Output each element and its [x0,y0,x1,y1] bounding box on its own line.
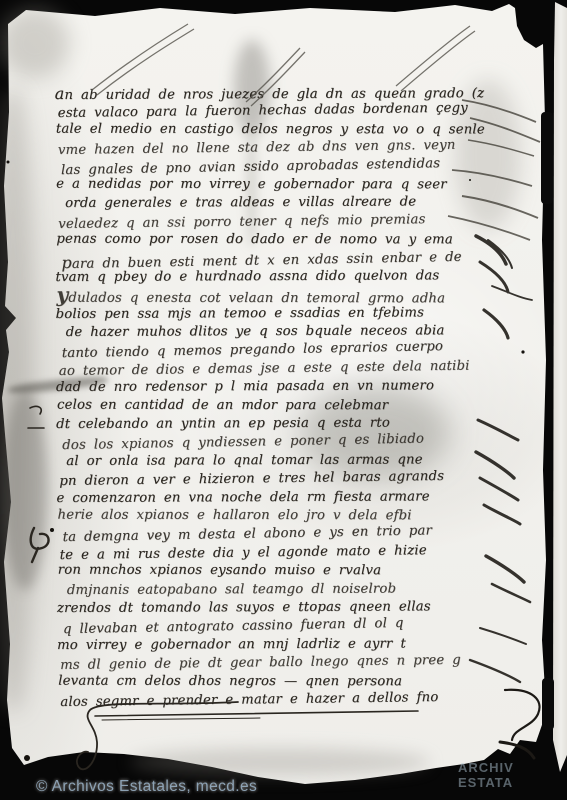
manuscript-text-block: an ab uridad de nros juezes de gla dn as… [55,83,518,710]
scan-background: an ab uridad de nros juezes de gla dn as… [0,0,567,800]
archive-watermark-fragment-line: ARCHIV [458,760,514,775]
archive-watermark: © Archivos Estatales, mecd.es [36,778,257,796]
archive-watermark-fragment-line: ESTATA [458,775,514,790]
manuscript-line: e a nedidas por mo virrey e gobernador p… [56,176,516,195]
manuscript-line: bolios pen ssa mjs an temoo e ssadias en… [56,304,516,324]
manuscript-line: celos en cantidad de an mdor para celebm… [57,396,517,415]
adjacent-page-edge [552,0,567,775]
gutter-ink-blob [541,112,553,204]
manuscript-line: dmjnanis eatopabano sal teamgo dl noisel… [67,579,527,599]
manuscript-line: ron mnchos xpianos eysando muiso e rvalv… [58,562,518,581]
manuscript-line: ydulados q enesta cot velaan dn temoral … [57,286,517,305]
gutter-ink-blob [542,678,554,730]
archive-watermark-fragment: ARCHIV ESTATA [458,760,514,790]
manuscript-line: e comenzaron en vna noche dela rm fiesta… [56,488,516,508]
